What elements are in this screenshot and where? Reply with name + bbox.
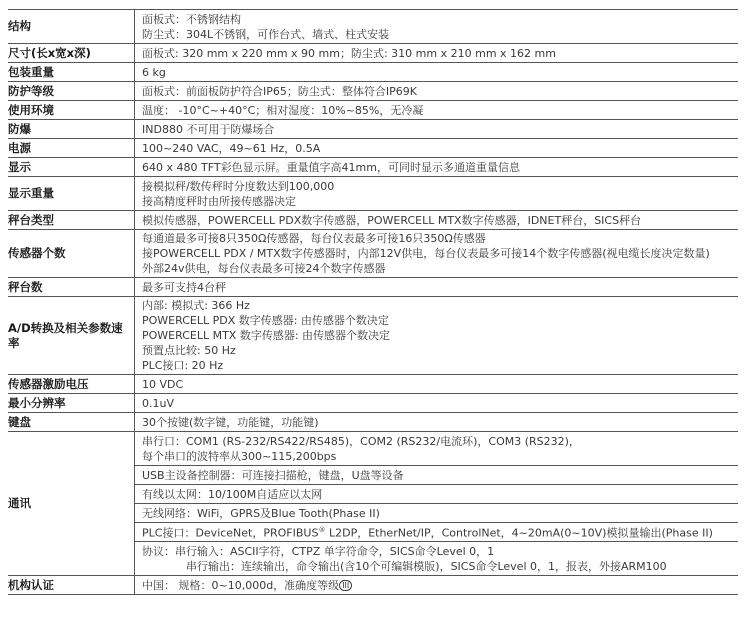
value-text: PLC接口：DeviceNet，PROFIBUS (142, 527, 318, 540)
row-value: 接模拟秤/数传秤时分度数达到100,000 接高精度秤时由所接传感器决定 (135, 177, 739, 211)
row-label: 包装重量 (8, 63, 135, 82)
row-value: 30个按键(数字键，功能键，功能键) (135, 413, 739, 432)
spec-row-platform-count: 秤台数 最多可支持4台秤 (8, 278, 738, 297)
row-label: 结构 (8, 10, 135, 44)
row-value: 内部: 模拟式: 366 Hz POWERCELL PDX 数字传感器: 由传感… (135, 297, 739, 375)
row-label: 防护等级 (8, 82, 135, 101)
row-value: 面板式：不锈钢结构 防尘式：304L不锈钢，可作台式、墙式、柱式安装 (135, 10, 739, 44)
row-value: 10 VDC (135, 375, 739, 394)
value-line: 面板式：不锈钢结构 (142, 12, 738, 27)
row-label: 尺寸(长x宽x深) (8, 44, 135, 63)
value-line: 外部24v供电，每台仪表最多可接24个数字传感器 (142, 261, 738, 276)
row-value: 无线网络：WiFi，GPRS及Blue Tooth(Phase II) (135, 504, 739, 523)
spec-row-ad-rate: A/D转换及相关参数速率 内部: 模拟式: 366 Hz POWERCELL P… (8, 297, 738, 375)
row-label: 秤台数 (8, 278, 135, 297)
row-value: 最多可支持4台秤 (135, 278, 739, 297)
row-label: 显示 (8, 158, 135, 177)
row-label: 传感器激励电压 (8, 375, 135, 394)
value-line: 内部: 模拟式: 366 Hz (142, 298, 738, 313)
row-value: 面板式: 320 mm x 220 mm x 90 mm；防尘式: 310 mm… (135, 44, 739, 63)
spec-row-power: 电源 100~240 VAC，49~61 Hz，0.5A (8, 139, 738, 158)
row-label: 防爆 (8, 120, 135, 139)
spec-row-environment: 使用环境 温度： -10°C~+40°C；相对湿度：10%~85%，无冷凝 (8, 101, 738, 120)
row-value: 串行口：COM1 (RS-232/RS422/RS485)，COM2 (RS23… (135, 432, 739, 466)
row-label: 通讯 (8, 432, 135, 576)
spec-row-sensor-count: 传感器个数 每通道最多可接8只350Ω传感器，每台仪表最多可接16只350Ω传感… (8, 230, 738, 278)
spec-row-comms-serial: 通讯 串行口：COM1 (RS-232/RS422/RS485)，COM2 (R… (8, 432, 738, 466)
spec-row-platform-types: 秤台类型 模拟传感器，POWERCELL PDX数字传感器，POWERCELL … (8, 211, 738, 230)
value-line: 预置点比较: 50 Hz (142, 343, 738, 358)
value-line: POWERCELL PDX 数字传感器: 由传感器个数决定 (142, 313, 738, 328)
spec-row-protection: 防护等级 面板式：前面板防护符合IP65；防尘式：整体符合IP69K (8, 82, 738, 101)
row-value: 有线以太网：10/100M自适应以太网 (135, 485, 739, 504)
row-label: 机构认证 (8, 576, 135, 595)
row-label: 显示重量 (8, 177, 135, 211)
row-label: 使用环境 (8, 101, 135, 120)
row-label: 键盘 (8, 413, 135, 432)
value-line: 每通道最多可接8只350Ω传感器，每台仪表最多可接16只350Ω传感器 (142, 231, 738, 246)
row-value: 中国： 规格：0~10,000d，准确度等级III (135, 576, 739, 595)
row-value: 100~240 VAC，49~61 Hz，0.5A (135, 139, 739, 158)
spec-row-min-resolution: 最小分辨率 0.1uV (8, 394, 738, 413)
accuracy-class-mark: III (339, 580, 352, 591)
row-label: 最小分辨率 (8, 394, 135, 413)
row-label: 秤台类型 (8, 211, 135, 230)
row-label: A/D转换及相关参数速率 (8, 297, 135, 375)
value-line: 接模拟秤/数传秤时分度数达到100,000 (142, 179, 738, 194)
row-value: 0.1uV (135, 394, 739, 413)
row-label: 电源 (8, 139, 135, 158)
row-value: PLC接口：DeviceNet，PROFIBUS® L2DP，EtherNet/… (135, 523, 739, 542)
row-value: 每通道最多可接8只350Ω传感器，每台仪表最多可接16只350Ω传感器 接POW… (135, 230, 739, 278)
row-value: 温度： -10°C~+40°C；相对湿度：10%~85%，无冷凝 (135, 101, 739, 120)
value-line: 接POWERCELL PDX / MTX数字传感器时，内部12V供电，每台仪表最… (142, 246, 738, 261)
value-line: PLC接口: 20 Hz (142, 358, 738, 373)
value-line: 接高精度秤时由所接传感器决定 (142, 194, 738, 209)
spec-row-structure: 结构 面板式：不锈钢结构 防尘式：304L不锈钢，可作台式、墙式、柱式安装 (8, 10, 738, 44)
spec-row-dimensions: 尺寸(长x宽x深) 面板式: 320 mm x 220 mm x 90 mm；防… (8, 44, 738, 63)
spec-row-certification: 机构认证 中国： 规格：0~10,000d，准确度等级III (8, 576, 738, 595)
row-value: 协议：串行输入：ASCII字符，CTPZ 单字符命令，SICS命令Level 0… (135, 542, 739, 576)
row-value: USB主设备控制器：可连接扫描枪，键盘，U盘等设备 (135, 466, 739, 485)
value-line: 协议：串行输入：ASCII字符，CTPZ 单字符命令，SICS命令Level 0… (142, 544, 738, 559)
spec-table: 结构 面板式：不锈钢结构 防尘式：304L不锈钢，可作台式、墙式、柱式安装 尺寸… (8, 9, 738, 595)
row-label: 传感器个数 (8, 230, 135, 278)
row-value: 模拟传感器，POWERCELL PDX数字传感器，POWERCELL MTX数字… (135, 211, 739, 230)
row-value: IND880 不可用于防爆场合 (135, 120, 739, 139)
value-line: 防尘式：304L不锈钢，可作台式、墙式、柱式安装 (142, 27, 738, 42)
row-value: 面板式：前面板防护符合IP65；防尘式：整体符合IP69K (135, 82, 739, 101)
value-line: 每个串口的波特率从300~115,200bps (142, 449, 738, 464)
value-text: 中国： 规格：0~10,000d，准确度等级 (142, 579, 339, 592)
spec-row-package-weight: 包装重量 6 kg (8, 63, 738, 82)
spec-row-display-weight: 显示重量 接模拟秤/数传秤时分度数达到100,000 接高精度秤时由所接传感器决… (8, 177, 738, 211)
row-value: 640 x 480 TFT彩色显示屏。重量值字高41mm，可同时显示多通道重量信… (135, 158, 739, 177)
value-line: 串行口：COM1 (RS-232/RS422/RS485)，COM2 (RS23… (142, 434, 738, 449)
value-text: L2DP，EtherNet/IP，ControlNet，4~20mA(0~10V… (325, 527, 712, 540)
spec-row-display: 显示 640 x 480 TFT彩色显示屏。重量值字高41mm，可同时显示多通道… (8, 158, 738, 177)
spec-row-explosion-proof: 防爆 IND880 不可用于防爆场合 (8, 120, 738, 139)
spec-row-excitation-voltage: 传感器激励电压 10 VDC (8, 375, 738, 394)
value-line: POWERCELL MTX 数字传感器: 由传感器个数决定 (142, 328, 738, 343)
row-value: 6 kg (135, 63, 739, 82)
value-line: 串行输出：连续输出，命令输出(含10个可编辑模版)，SICS命令Level 0，… (142, 559, 738, 574)
spec-row-keyboard: 键盘 30个按键(数字键，功能键，功能键) (8, 413, 738, 432)
